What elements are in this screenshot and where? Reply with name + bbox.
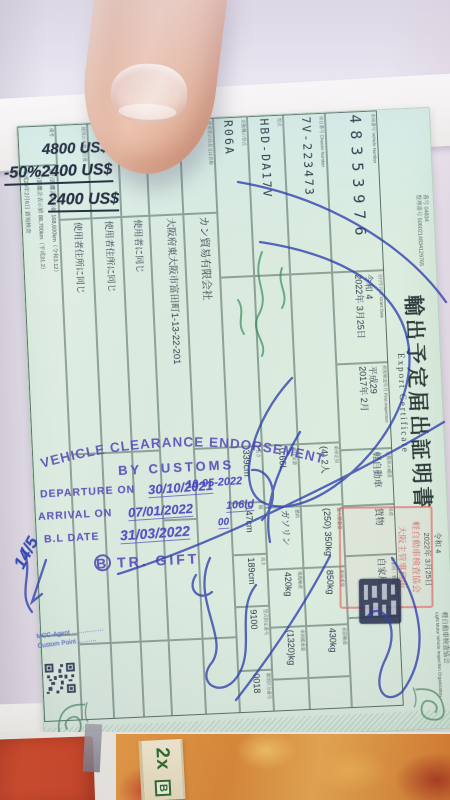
price-annotation-3: 2400 US$ [48,190,120,212]
gray-bar [83,724,102,773]
corner-flourish-top [411,683,450,729]
field-reg-number: 車両番号 Vehicle Number 48353976 [325,110,384,272]
fingernail [110,63,188,126]
field-gross-weight: 車両総重量 (1320)kg [270,626,308,680]
red-package-left [0,736,95,800]
field-grant-date: 交付年月日 Grant Date 令和 4 2022年 3月25日 [332,270,388,364]
field-fuel: 燃料 ガソリン [265,506,304,570]
gift-b-circle: B [94,554,112,572]
field-class-number: 類別区分番号 0018 [238,670,274,713]
empty-cell [308,676,351,710]
package-letter: B [155,780,172,797]
empty-cell [169,639,206,716]
field-height: 高さ 189cm [233,554,269,607]
handwritten-weight-note: 106ld [226,498,255,513]
field-chassis-number: 車台番号 Chassis Number 7V-223473 [283,113,332,275]
empty-cell [203,637,240,714]
field-front-axle: 前前軸重 430kg [306,624,350,678]
handwritten-zero-note: 00 [218,517,230,530]
empty-cell [141,640,172,717]
empty-cell [111,642,144,719]
field-vehicle-kind: 自動車の種別 軽自動車 [340,448,394,506]
field-capacity: 乗車定員 (4) 2人 [298,442,343,506]
field-first-inspection: 初度検査年月 First Inspection 平成29 2017年 2月 [336,362,392,450]
package-quantity: 2x [150,747,173,771]
empty-cell [290,273,340,445]
certificate-numbers: 番号 04834 整理番号 5060214834129765 [414,194,432,266]
package-strip: 2x B [0,732,450,800]
field-displacement: 総排気量 0.66L [262,444,301,508]
photo-frame: 番号 04834 整理番号 5060214834129765 輸出予定届出証明書… [0,0,450,800]
empty-cell [348,616,404,708]
field-type-number: 型式指定番号 9100 [235,606,272,671]
price-annotation-2: -50%2400 US$ [4,161,113,186]
field-rear-axle: 後後軸重 420kg [268,568,307,628]
package-label: 2x B [138,739,185,800]
field-model: 型式 HBD-DA17V [247,115,290,276]
qr-code [44,662,77,695]
empty-cell [272,678,309,712]
inspector-seal-stamp [359,578,401,623]
